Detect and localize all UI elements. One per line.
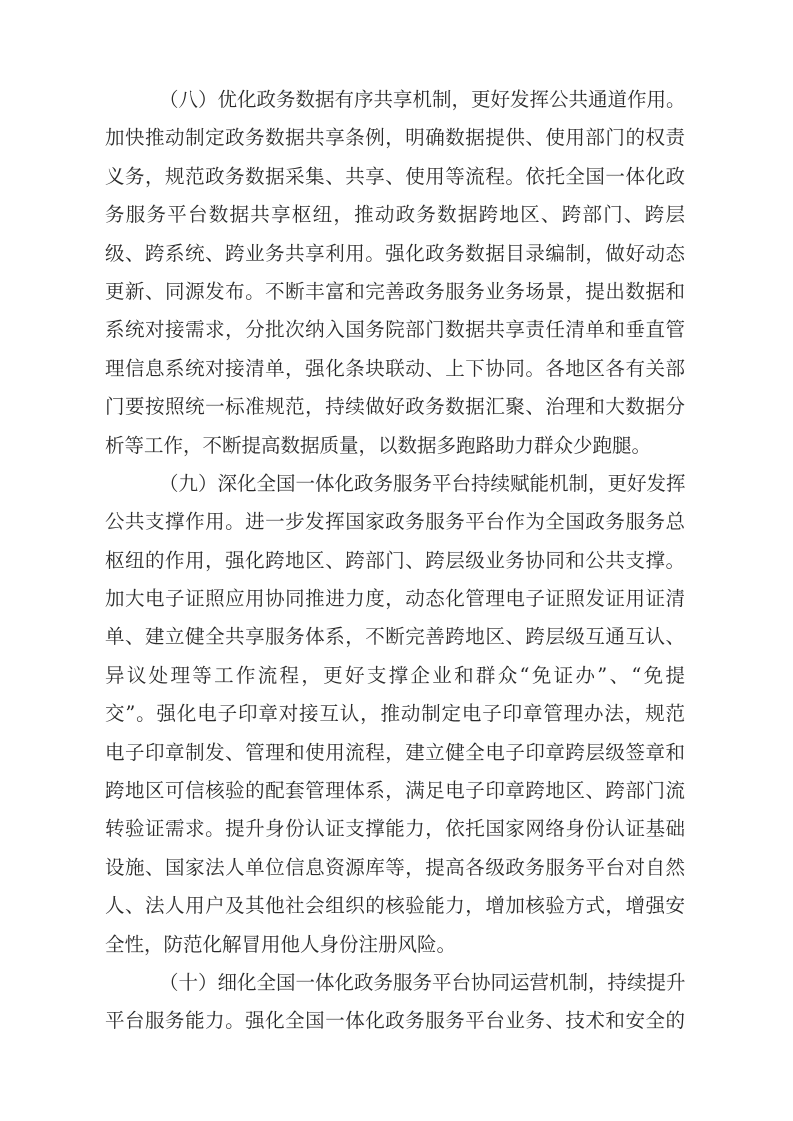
- paragraph-heading-line: （十）细化全国一体化政务服务平台协同运营机制，持续提升: [105, 964, 685, 1002]
- text-line: 转验证需求。提升身份认证支撑能力，依托国家网络身份认证基础: [105, 810, 685, 848]
- text-line: 人、法人用户及其他社会组织的核验能力，增加核验方式，增强安: [105, 887, 685, 925]
- text-line: 更新、同源发布。不断丰富和完善政务服务业务场景，提出数据和: [105, 273, 685, 311]
- text-line: 设施、国家法人单位信息资源库等，提高各级政务服务平台对自然: [105, 849, 685, 887]
- text-line: 交”。强化电子印章对接互认，推动制定电子印章管理办法，规范: [105, 695, 685, 733]
- paragraph-section-10: （十）细化全国一体化政务服务平台协同运营机制，持续提升 平台服务能力。强化全国一…: [105, 964, 685, 1041]
- text-line: 级、跨系统、跨业务共享利用。强化政务数据目录编制，做好动态: [105, 235, 685, 273]
- text-line: 公共支撑作用。进一步发挥国家政务服务平台作为全国政务服务总: [105, 503, 685, 541]
- text-line: 义务，规范政务数据采集、共享、使用等流程。依托全国一体化政: [105, 158, 685, 196]
- text-line: 单、建立健全共享服务体系，不断完善跨地区、跨层级互通互认、: [105, 618, 685, 656]
- text-line: 加大电子证照应用协同推进力度，动态化管理电子证照发证用证清: [105, 580, 685, 618]
- document-page: （八）优化政务数据有序共享机制，更好发挥公共通道作用。 加快推动制定政务数据共享…: [105, 81, 685, 1041]
- text-line: 理信息系统对接清单，强化条块联动、上下协同。各地区各有关部: [105, 350, 685, 388]
- text-line: 务服务平台数据共享枢纽，推动政务数据跨地区、跨部门、跨层: [105, 196, 685, 234]
- text-line: 异议处理等工作流程，更好支撑企业和群众“免证办”、“免提: [105, 657, 685, 695]
- text-line: 枢纽的作用，强化跨地区、跨部门、跨层级业务协同和公共支撑。: [105, 542, 685, 580]
- text-line: 跨地区可信核验的配套管理体系，满足电子印章跨地区、跨部门流: [105, 772, 685, 810]
- text-line: 门要按照统一标准规范，持续做好政务数据汇聚、治理和大数据分: [105, 388, 685, 426]
- paragraph-heading-line: （八）优化政务数据有序共享机制，更好发挥公共通道作用。: [105, 81, 685, 119]
- text-line: 加快推动制定政务数据共享条例，明确数据提供、使用部门的权责: [105, 119, 685, 157]
- paragraph-section-9: （九）深化全国一体化政务服务平台持续赋能机制，更好发挥 公共支撑作用。进一步发挥…: [105, 465, 685, 964]
- text-line: 析等工作，不断提高数据质量，以数据多跑路助力群众少跑腿。: [105, 427, 685, 465]
- text-line: 电子印章制发、管理和使用流程，建立健全电子印章跨层级签章和: [105, 734, 685, 772]
- text-line: 平台服务能力。强化全国一体化政务服务平台业务、技术和安全的: [105, 1002, 685, 1040]
- text-line: 全性，防范化解冒用他人身份注册风险。: [105, 926, 685, 964]
- paragraph-heading-line: （九）深化全国一体化政务服务平台持续赋能机制，更好发挥: [105, 465, 685, 503]
- paragraph-section-8: （八）优化政务数据有序共享机制，更好发挥公共通道作用。 加快推动制定政务数据共享…: [105, 81, 685, 465]
- text-line: 系统对接需求，分批次纳入国务院部门数据共享责任清单和垂直管: [105, 311, 685, 349]
